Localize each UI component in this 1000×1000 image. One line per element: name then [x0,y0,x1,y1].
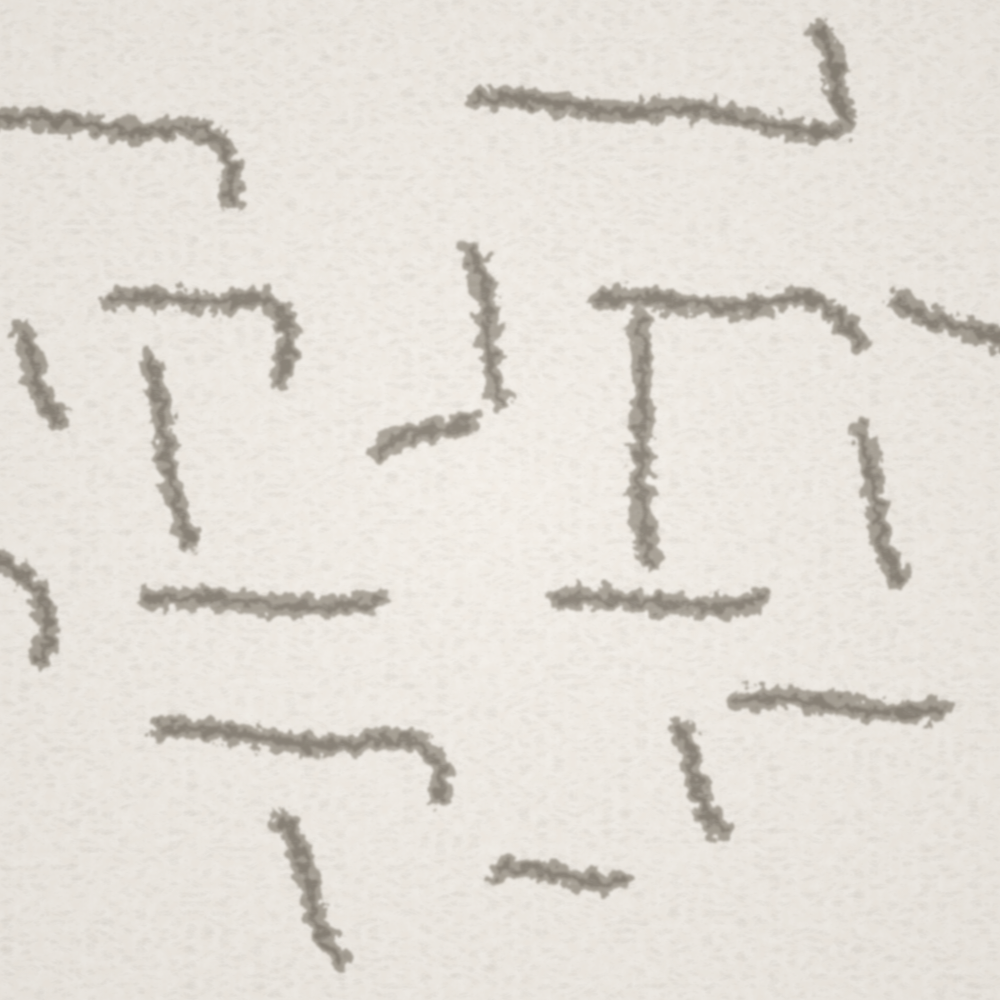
carpet-texture-svg [0,0,1000,1000]
loop-texture [0,0,1000,1000]
carpet-texture-image [0,0,1000,1000]
